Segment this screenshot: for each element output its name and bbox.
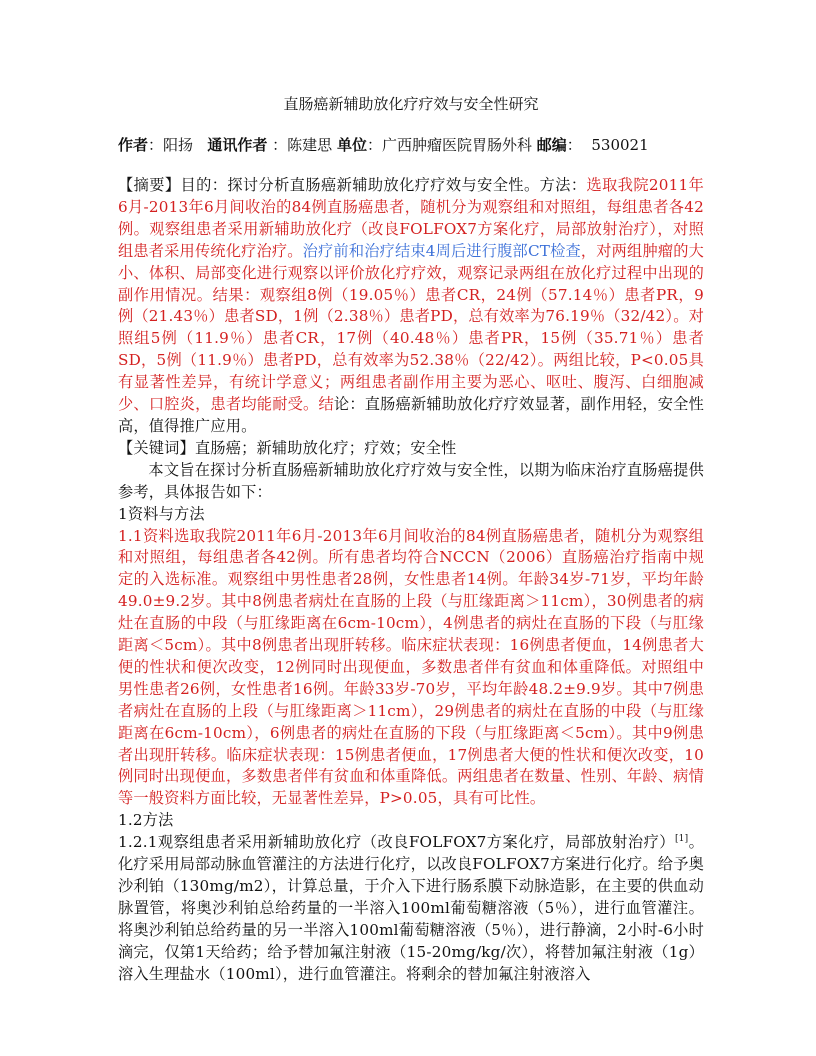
postcode-sep: ： <box>567 136 582 154</box>
section-heading-1-2: 1.2方法 <box>118 810 704 832</box>
citation-ref: [1] <box>675 834 688 844</box>
corresponding-label: 通讯作者 <box>207 136 267 154</box>
abstract-results-highlight: ，对两组肿瘤的大小、体积、局部变化进行观察以评价放化疗疗效，观察记录两组在放化疗… <box>118 242 704 413</box>
corresponding-name: 陈建思 <box>287 136 332 154</box>
abstract-method-label: 方法： <box>540 176 587 194</box>
author-sep: ： <box>148 136 163 154</box>
postcode-value: 530021 <box>591 136 648 154</box>
corresponding-sep: ： <box>267 136 287 154</box>
author-label: 作者 <box>118 136 148 154</box>
document-body: 【摘要】目的：探讨分析直肠癌新辅助放化疗疗效与安全性。方法：选取我院2011年6… <box>118 175 704 986</box>
abstract-objective: 目的：探讨分析直肠癌新辅助放化疗疗效与安全性。 <box>180 176 539 194</box>
section-1-1-paragraph: 1.1资料选取我院2011年6月-2013年6月间收治的84例直肠癌患者，随机分… <box>118 526 704 811</box>
abstract-label: 【摘要】 <box>118 176 180 194</box>
intro-paragraph: 本文旨在探讨分析直肠癌新辅助放化疗疗效与安全性，以期为临床治疗直肠癌提供参考，具… <box>118 460 704 504</box>
section-heading-1: 1资料与方法 <box>118 504 704 526</box>
author-name: 阳扬 <box>163 136 193 154</box>
section-1-2-1-lead: 1.2.1观察组患者采用新辅助放化疗（改良FOLFOX7方案化疗，局部放射治疗） <box>118 833 675 851</box>
section-1-2-1-body: 。化疗采用局部动脉血管灌注的方法进行化疗，以改良FOLFOX7方案进行化疗。给予… <box>118 833 704 982</box>
abstract-ct-highlight: 治疗前和治疗结束4周后进行腹部CT检查 <box>303 242 581 260</box>
keywords-text: 直肠癌；新辅助放化疗；疗效；安全性 <box>195 439 457 457</box>
unit-label: 单位 <box>337 136 367 154</box>
postcode-label: 邮编 <box>537 136 567 154</box>
section-1-2-1-paragraph: 1.2.1观察组患者采用新辅助放化疗（改良FOLFOX7方案化疗，局部放射治疗）… <box>118 832 704 985</box>
unit-name: 广西肿瘤医院胃肠外科 <box>382 136 532 154</box>
byline: 作者：阳扬 通讯作者 ：陈建思 单位：广西肿瘤医院胃肠外科 邮编： 530021 <box>118 135 704 155</box>
unit-sep: ： <box>367 136 382 154</box>
page-title: 直肠癌新辅助放化疗疗效与安全性研究 <box>118 94 704 114</box>
keywords: 【关键词】直肠癌；新辅助放化疗；疗效；安全性 <box>118 438 704 460</box>
abstract: 【摘要】目的：探讨分析直肠癌新辅助放化疗疗效与安全性。方法：选取我院2011年6… <box>118 175 704 438</box>
keywords-label: 【关键词】 <box>118 439 195 457</box>
